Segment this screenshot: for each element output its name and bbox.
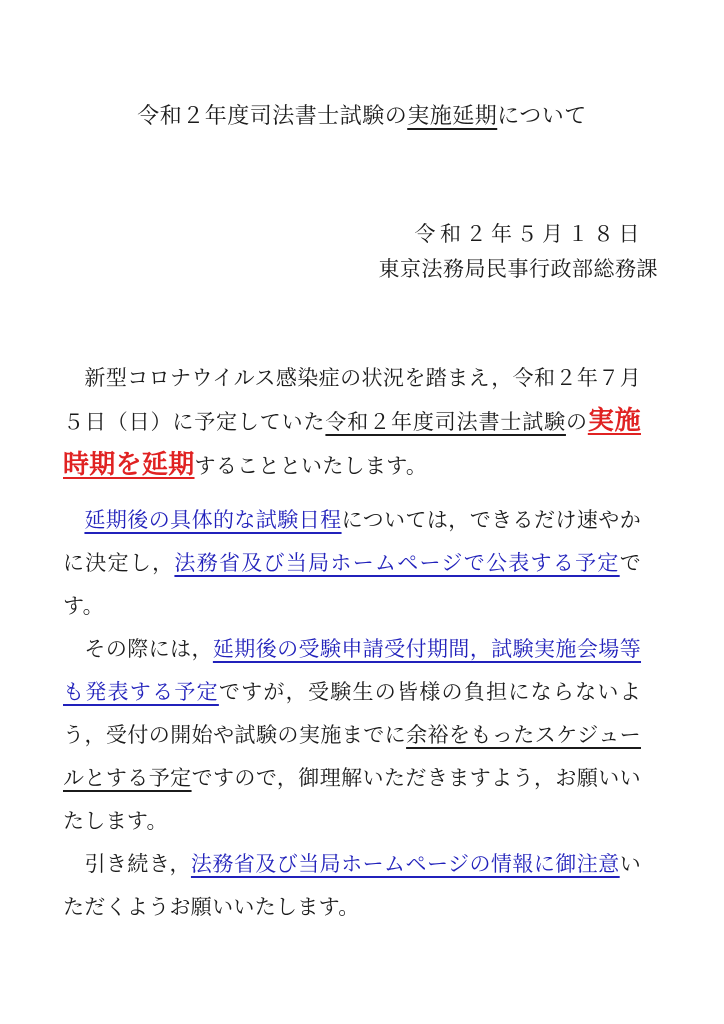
document-title: 令和２年度司法書士試験の実施延期について xyxy=(0,99,724,130)
link-text[interactable]: 延期後の具体的な試験日程 xyxy=(84,508,341,532)
document-body: 新型コロナウイルス感染症の状況を踏まえ，令和２年７月５日（日）に予定していた令和… xyxy=(63,357,641,929)
text-run: について xyxy=(497,104,587,129)
link-text[interactable]: 法務省及び当局ホームページの情報に御注意 xyxy=(191,852,620,876)
body-paragraph: 延期後の具体的な試験日程については，できるだけ速やかに決定し，法務省及び当局ホー… xyxy=(63,499,641,628)
text-run xyxy=(63,508,84,532)
underlined-text: 実施延期 xyxy=(407,104,497,129)
author-line: 東京法務局民事行政部総務課 xyxy=(379,253,659,283)
underlined-text: 令和２年度司法書士試験 xyxy=(325,410,566,434)
body-paragraph: 引き続き，法務省及び当局ホームページの情報に御注意いただくようお願いいたします。 xyxy=(63,843,641,929)
text-run: することといたします。 xyxy=(195,454,428,478)
text-run: 引き続き， xyxy=(63,852,191,876)
document-page: 令和２年度司法書士試験の実施延期について 令和２年５月１８日 東京法務局民事行政… xyxy=(0,0,724,1024)
text-run: の xyxy=(566,410,588,434)
date-line: 令和２年５月１８日 xyxy=(415,218,645,248)
text-run: その際には， xyxy=(63,637,213,661)
text-run: 令和２年度司法書士試験の xyxy=(137,104,407,129)
body-paragraph: 新型コロナウイルス感染症の状況を踏まえ，令和２年７月５日（日）に予定していた令和… xyxy=(63,357,641,488)
body-paragraph: その際には，延期後の受験申請受付期間，試験実施会場等も発表する予定ですが，受験生… xyxy=(63,628,641,843)
link-text[interactable]: 法務省及び当局ホームページで公表する予定 xyxy=(174,551,619,575)
